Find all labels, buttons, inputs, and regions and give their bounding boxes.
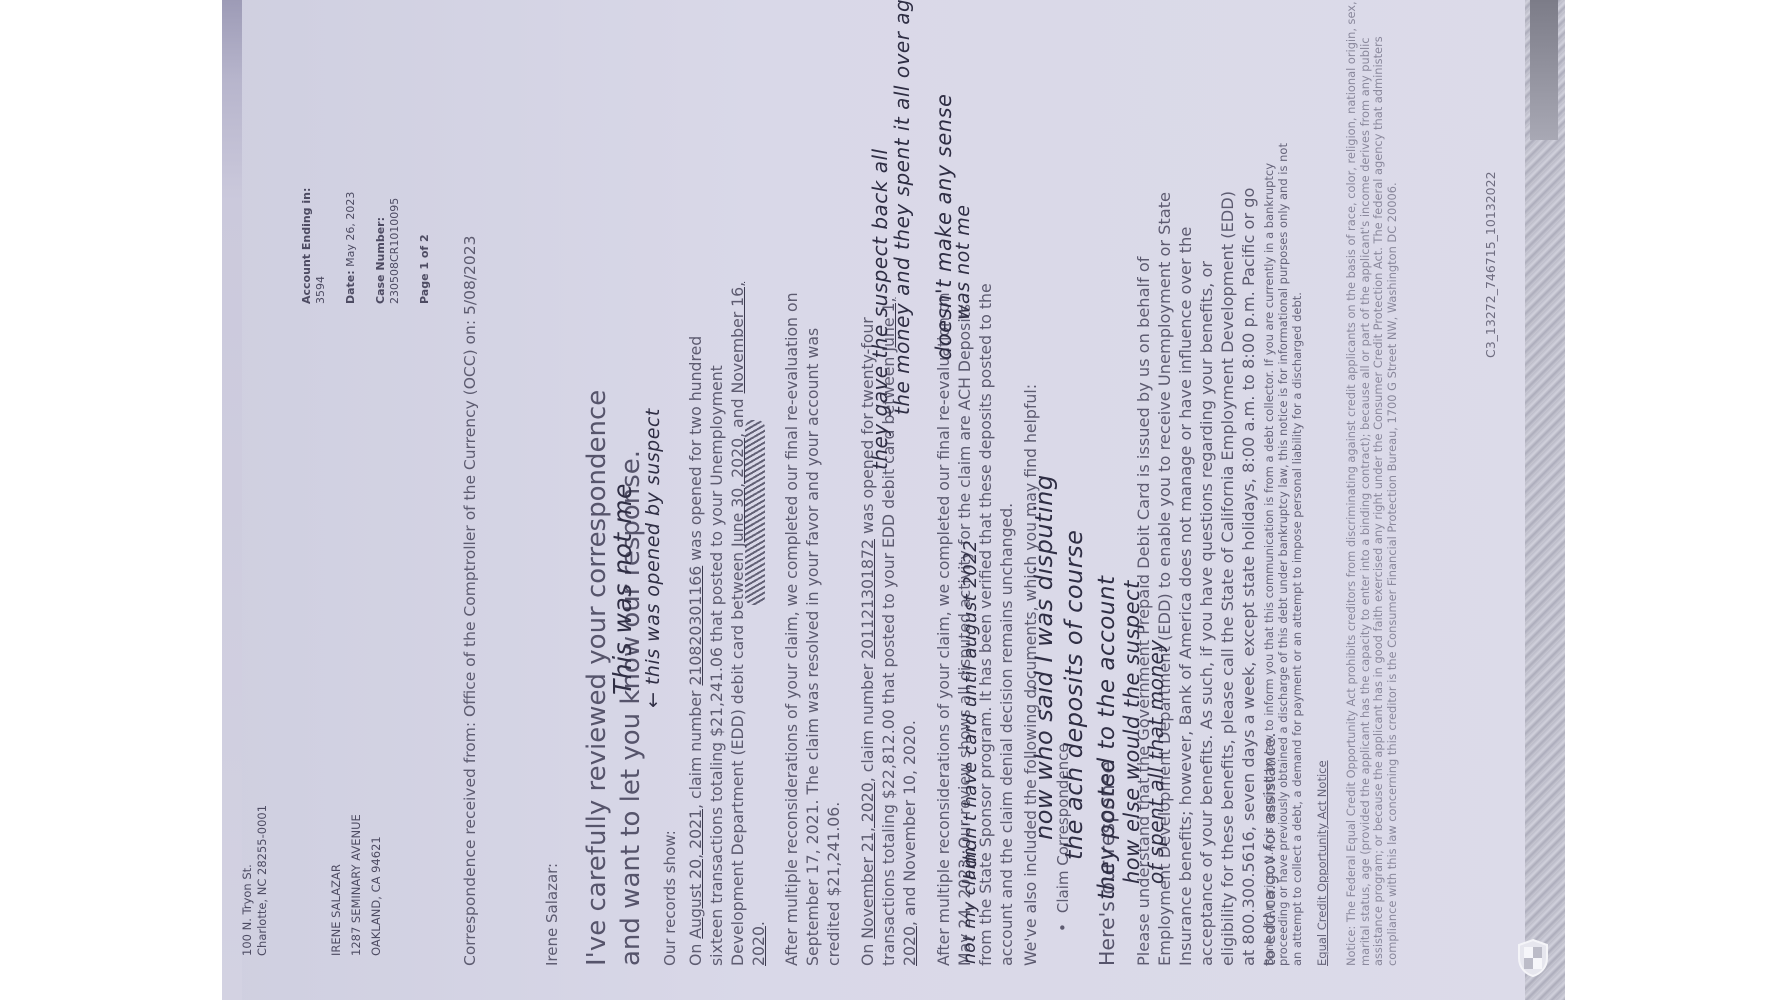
- sender-city: Charlotte, NC 28255-0001: [255, 805, 270, 956]
- account-label: Account Ending in:: [300, 188, 314, 304]
- claim-resolution-1: After multiple reconsiderations of your …: [781, 276, 844, 966]
- claim-1-number: 210820301166: [686, 566, 705, 686]
- handwritten-note: ← this was opened by suspect: [642, 408, 664, 708]
- case-value: 230508CR1010095: [388, 188, 402, 304]
- footer-code: C3_13272_746715_10132022: [1483, 171, 1498, 358]
- text: , claim number: [858, 659, 877, 782]
- handwritten-note: was not me: [952, 205, 974, 320]
- handwritten-note: now who said I was disputing: [1030, 474, 1058, 840]
- sender-address: 100 N. Tryon St. Charlotte, NC 28255-000…: [240, 805, 270, 956]
- letter-meta: Account Ending in: 3594 Date: May 26, 20…: [300, 188, 432, 304]
- recipient-address: IRENE SALAZAR 1287 SEMINARY AVENUE OAKLA…: [326, 814, 386, 956]
- recipient-city: OAKLAND, CA 94621: [366, 814, 386, 956]
- bankruptcy-notice: Bank of America, N.A. is required by law…: [1262, 136, 1304, 966]
- date-info: Date: May 26, 2023: [344, 188, 358, 304]
- case-label: Case Number:: [374, 188, 388, 304]
- text: On: [686, 939, 705, 966]
- account-value: 3594: [314, 188, 328, 304]
- claim-2-number: 201121301872: [858, 539, 877, 659]
- ecoa-text: Notice: The Federal Equal Credit Opportu…: [1345, 0, 1399, 966]
- recipient-street: 1287 SEMINARY AVENUE: [346, 814, 366, 956]
- handwritten-note: the money and they spent it all over aga…: [890, 0, 914, 415]
- handwritten-note: they gave the suspect back all: [868, 148, 892, 470]
- recipient-name: IRENE SALAZAR: [326, 814, 346, 956]
- handwritten-note: This was not me: [608, 483, 637, 695]
- claim-paragraph-1: On August 20, 2021, claim number 2108203…: [685, 276, 769, 966]
- paper-edge-shadow: [222, 0, 242, 1000]
- handwritten-note: I didn't have card until august 2022: [960, 540, 981, 880]
- scribbled-out-text: [745, 420, 765, 605]
- claim-2-date: November 21, 2020: [858, 782, 877, 938]
- case-info: Case Number: 230508CR1010095: [374, 188, 402, 304]
- date-value: May 26, 2023: [344, 192, 357, 267]
- claim-1-date: August 20, 2021: [686, 809, 705, 939]
- handwritten-note: not my claim: [960, 847, 980, 964]
- records-intro: Our records show:: [661, 830, 679, 966]
- date-label: Date:: [344, 270, 357, 304]
- text: , and November 10, 2020.: [900, 720, 919, 926]
- handwritten-note: of spent all that money: [1144, 639, 1168, 884]
- ecoa-title: Equal Credit Opportunity Act Notice: [1315, 760, 1329, 966]
- handwritten-note: the ach deposits of course: [1060, 530, 1088, 860]
- account-info: Account Ending in: 3594: [300, 188, 328, 304]
- received-line: Correspondence received from: Office of …: [461, 236, 479, 966]
- text: , claim number: [686, 686, 705, 809]
- sender-street: 100 N. Tryon St.: [240, 805, 255, 956]
- text: On: [858, 939, 877, 966]
- page-number: Page 1 of 2: [418, 188, 432, 304]
- text: .: [749, 921, 768, 926]
- letter-page: 100 N. Tryon St. Charlotte, NC 28255-000…: [240, 0, 1540, 1000]
- handwritten-note: how else would the suspect: [1120, 580, 1144, 884]
- handwritten-note: they posted to the account: [1094, 576, 1120, 901]
- salutation: Irene Salazar:: [543, 863, 561, 966]
